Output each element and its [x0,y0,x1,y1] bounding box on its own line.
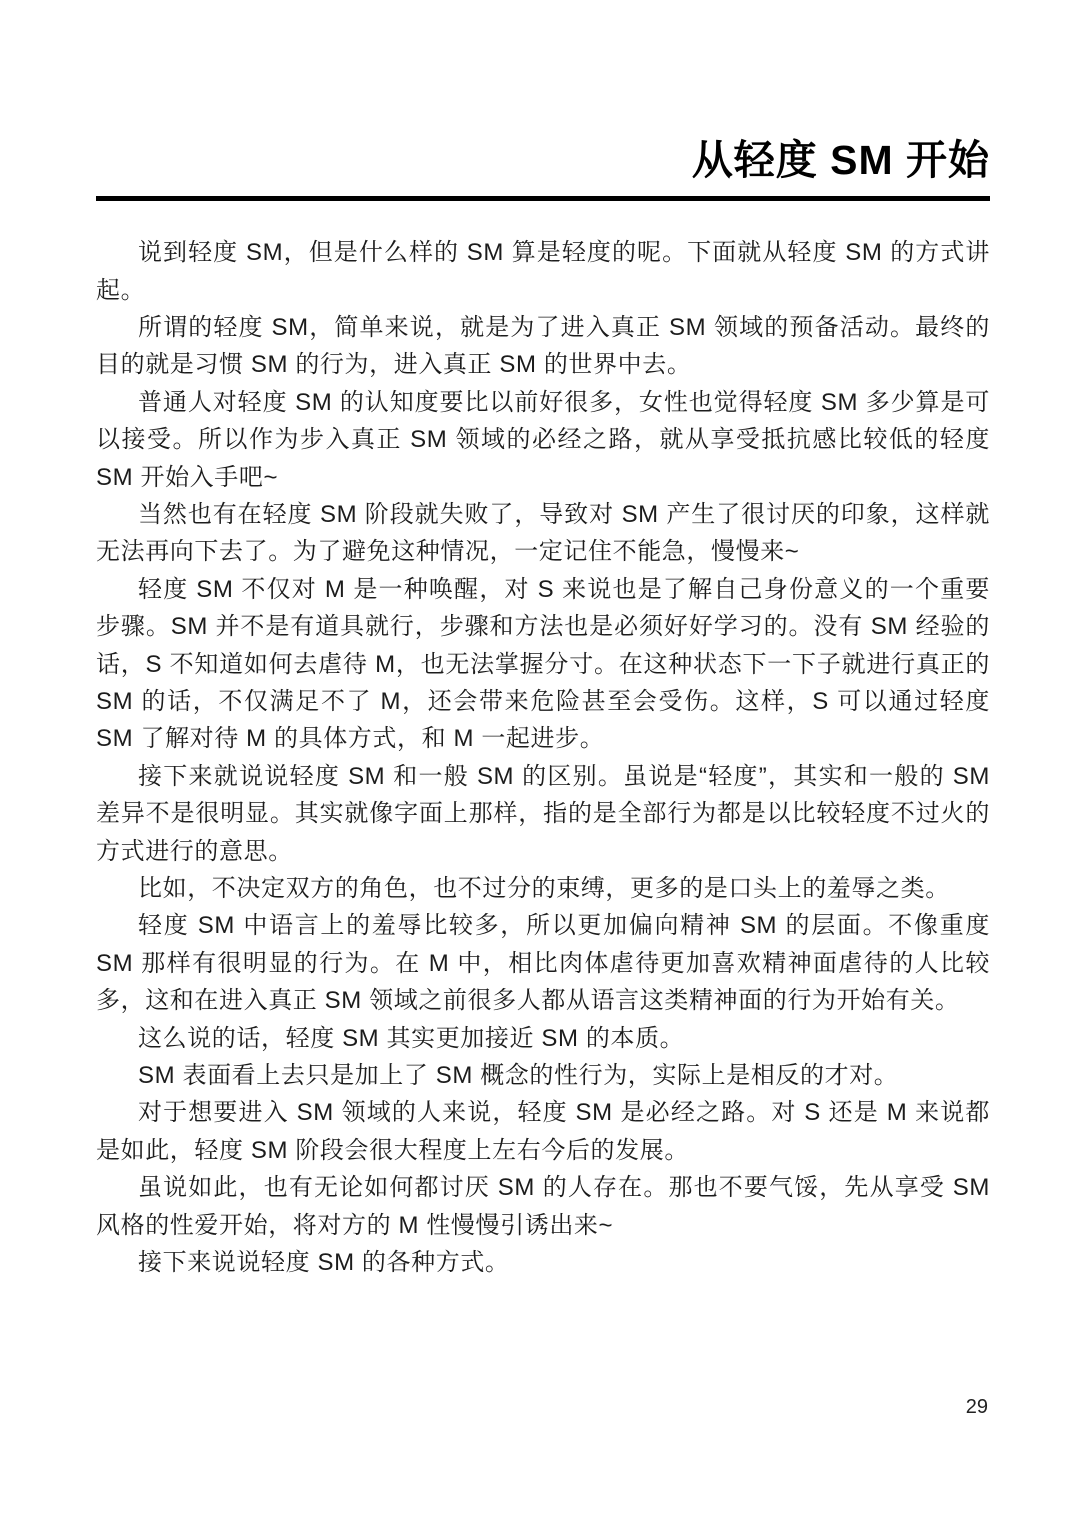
paragraph: 接下来说说轻度 SM 的各种方式。 [96,1244,990,1281]
paragraph: 当然也有在轻度 SM 阶段就失败了，导致对 SM 产生了很讨厌的印象，这样就无法… [96,496,990,571]
page-content: 从轻度 SM 开始 说到轻度 SM，但是什么样的 SM 算是轻度的呢。下面就从轻… [0,0,1080,1281]
paragraph: 说到轻度 SM，但是什么样的 SM 算是轻度的呢。下面就从轻度 SM 的方式讲起… [96,234,990,309]
page-title: 从轻度 SM 开始 [96,138,990,183]
title-divider [96,196,990,201]
paragraph: SM 表面看上去只是加上了 SM 概念的性行为，实际上是相反的才对。 [96,1057,990,1094]
paragraph: 所谓的轻度 SM，简单来说，就是为了进入真正 SM 领域的预备活动。最终的目的就… [96,309,990,384]
paragraph: 比如，不决定双方的角色，也不过分的束缚，更多的是口头上的羞辱之类。 [96,870,990,907]
body-text: 说到轻度 SM，但是什么样的 SM 算是轻度的呢。下面就从轻度 SM 的方式讲起… [96,234,990,1281]
paragraph: 轻度 SM 不仅对 M 是一种唤醒，对 S 来说也是了解自己身份意义的一个重要步… [96,571,990,758]
paragraph: 接下来就说说轻度 SM 和一般 SM 的区别。虽说是“轻度”，其实和一般的 SM… [96,758,990,870]
paragraph: 这么说的话，轻度 SM 其实更加接近 SM 的本质。 [96,1020,990,1057]
paragraph: 对于想要进入 SM 领域的人来说，轻度 SM 是必经之路。对 S 还是 M 来说… [96,1094,990,1169]
paragraph: 虽说如此，也有无论如何都讨厌 SM 的人存在。那也不要气馁，先从享受 SM 风格… [96,1169,990,1244]
title-block: 从轻度 SM 开始 [96,0,990,201]
document-page: 从轻度 SM 开始 说到轻度 SM，但是什么样的 SM 算是轻度的呢。下面就从轻… [0,0,1080,1527]
paragraph: 普通人对轻度 SM 的认知度要比以前好很多，女性也觉得轻度 SM 多少算是可以接… [96,384,990,496]
paragraph: 轻度 SM 中语言上的羞辱比较多，所以更加偏向精神 SM 的层面。不像重度 SM… [96,907,990,1019]
page-number: 29 [966,1396,988,1419]
